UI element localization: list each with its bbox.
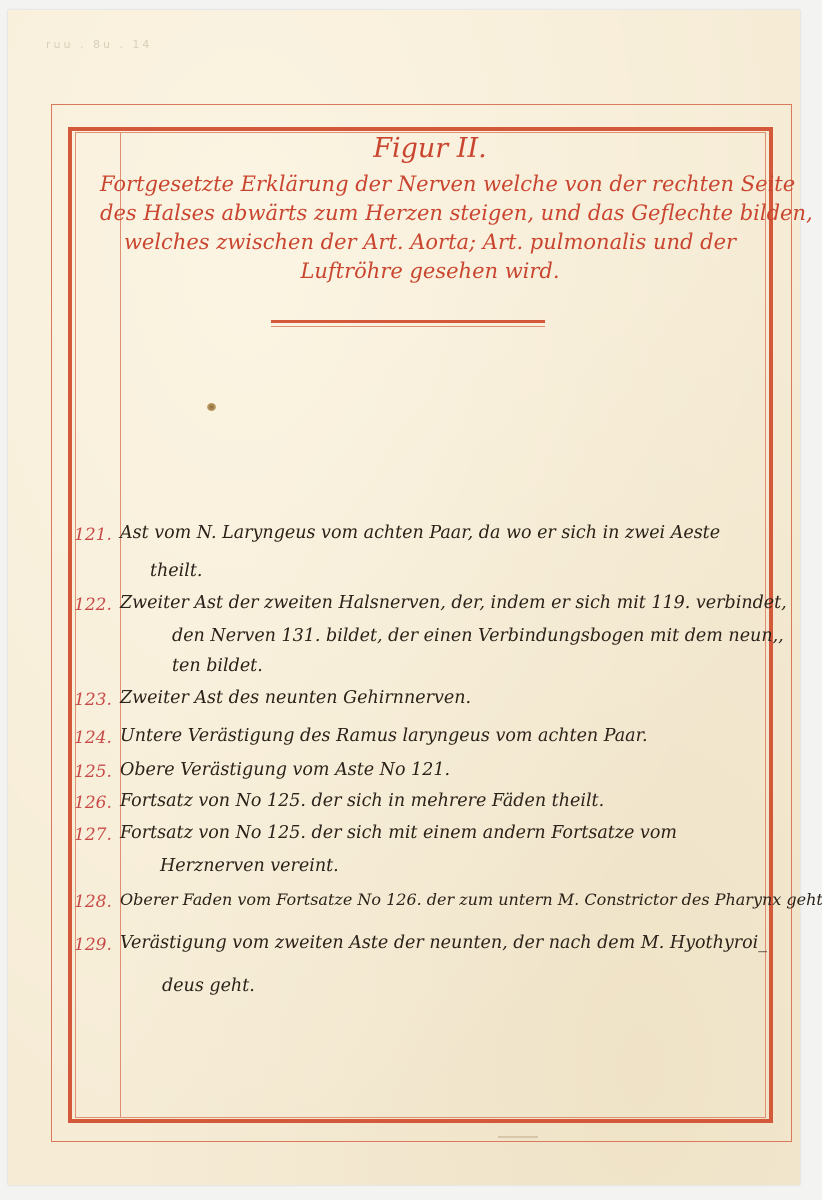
entry-text: Zweiter Ast der zweiten Halsnerven, der,…	[120, 593, 787, 613]
figure-label: Figur II.	[100, 132, 760, 166]
entry-text-continued: den Nerven 131. bildet, der einen Verbin…	[172, 626, 784, 646]
entry-text: Zweiter Ast des neunten Gehirnnerven.	[120, 688, 471, 708]
entry-text: Ast vom N. Laryngeus vom achten Paar, da…	[120, 523, 720, 543]
entry-number: 123.	[74, 690, 111, 710]
title-line-3: welches zwischen der Art. Aorta; Art. pu…	[100, 228, 760, 257]
entry-text-continued: ten bildet.	[172, 656, 263, 676]
faint-mark	[498, 1136, 538, 1138]
underline-thin	[271, 326, 545, 327]
entry-text-continued: deus geht.	[162, 976, 255, 996]
title-block: Figur II. Fortgesetzte Erklärung der Ner…	[100, 132, 760, 286]
entry-text-continued: Herznerven vereint.	[160, 856, 339, 876]
pencil-mark: ruu . 8u . 14	[46, 38, 152, 51]
entry-text: Fortsatz von No 125. der sich mit einem …	[120, 823, 677, 843]
entry-number: 125.	[74, 762, 111, 782]
entry-text: Verästigung vom zweiten Aste der neunten…	[120, 933, 767, 953]
entry-text-continued: theilt.	[150, 561, 202, 581]
entry-number: 129.	[74, 935, 111, 955]
entry-text: Untere Verästigung des Ramus laryngeus v…	[120, 726, 648, 746]
entry-number: 124.	[74, 728, 111, 748]
entry-text: Oberer Faden vom Fortsatze No 126. der z…	[120, 890, 822, 909]
title-line-4: Luftröhre gesehen wird.	[100, 257, 760, 286]
title-line-1: Fortgesetzte Erklärung der Nerven welche…	[100, 170, 760, 199]
title-line-2: des Halses abwärts zum Herzen steigen, u…	[100, 199, 760, 228]
foxing-spot	[207, 403, 216, 411]
entry-number: 122.	[74, 595, 111, 615]
entry-number: 121.	[74, 525, 111, 545]
entry-number: 126.	[74, 793, 111, 813]
entry-number: 127.	[74, 825, 111, 845]
entry-number: 128.	[74, 892, 111, 912]
entry-text: Fortsatz von No 125. der sich in mehrere…	[120, 791, 604, 811]
underline-thick	[271, 320, 545, 323]
title-underline	[271, 320, 545, 328]
entry-text: Obere Verästigung vom Aste No 121.	[120, 760, 450, 780]
